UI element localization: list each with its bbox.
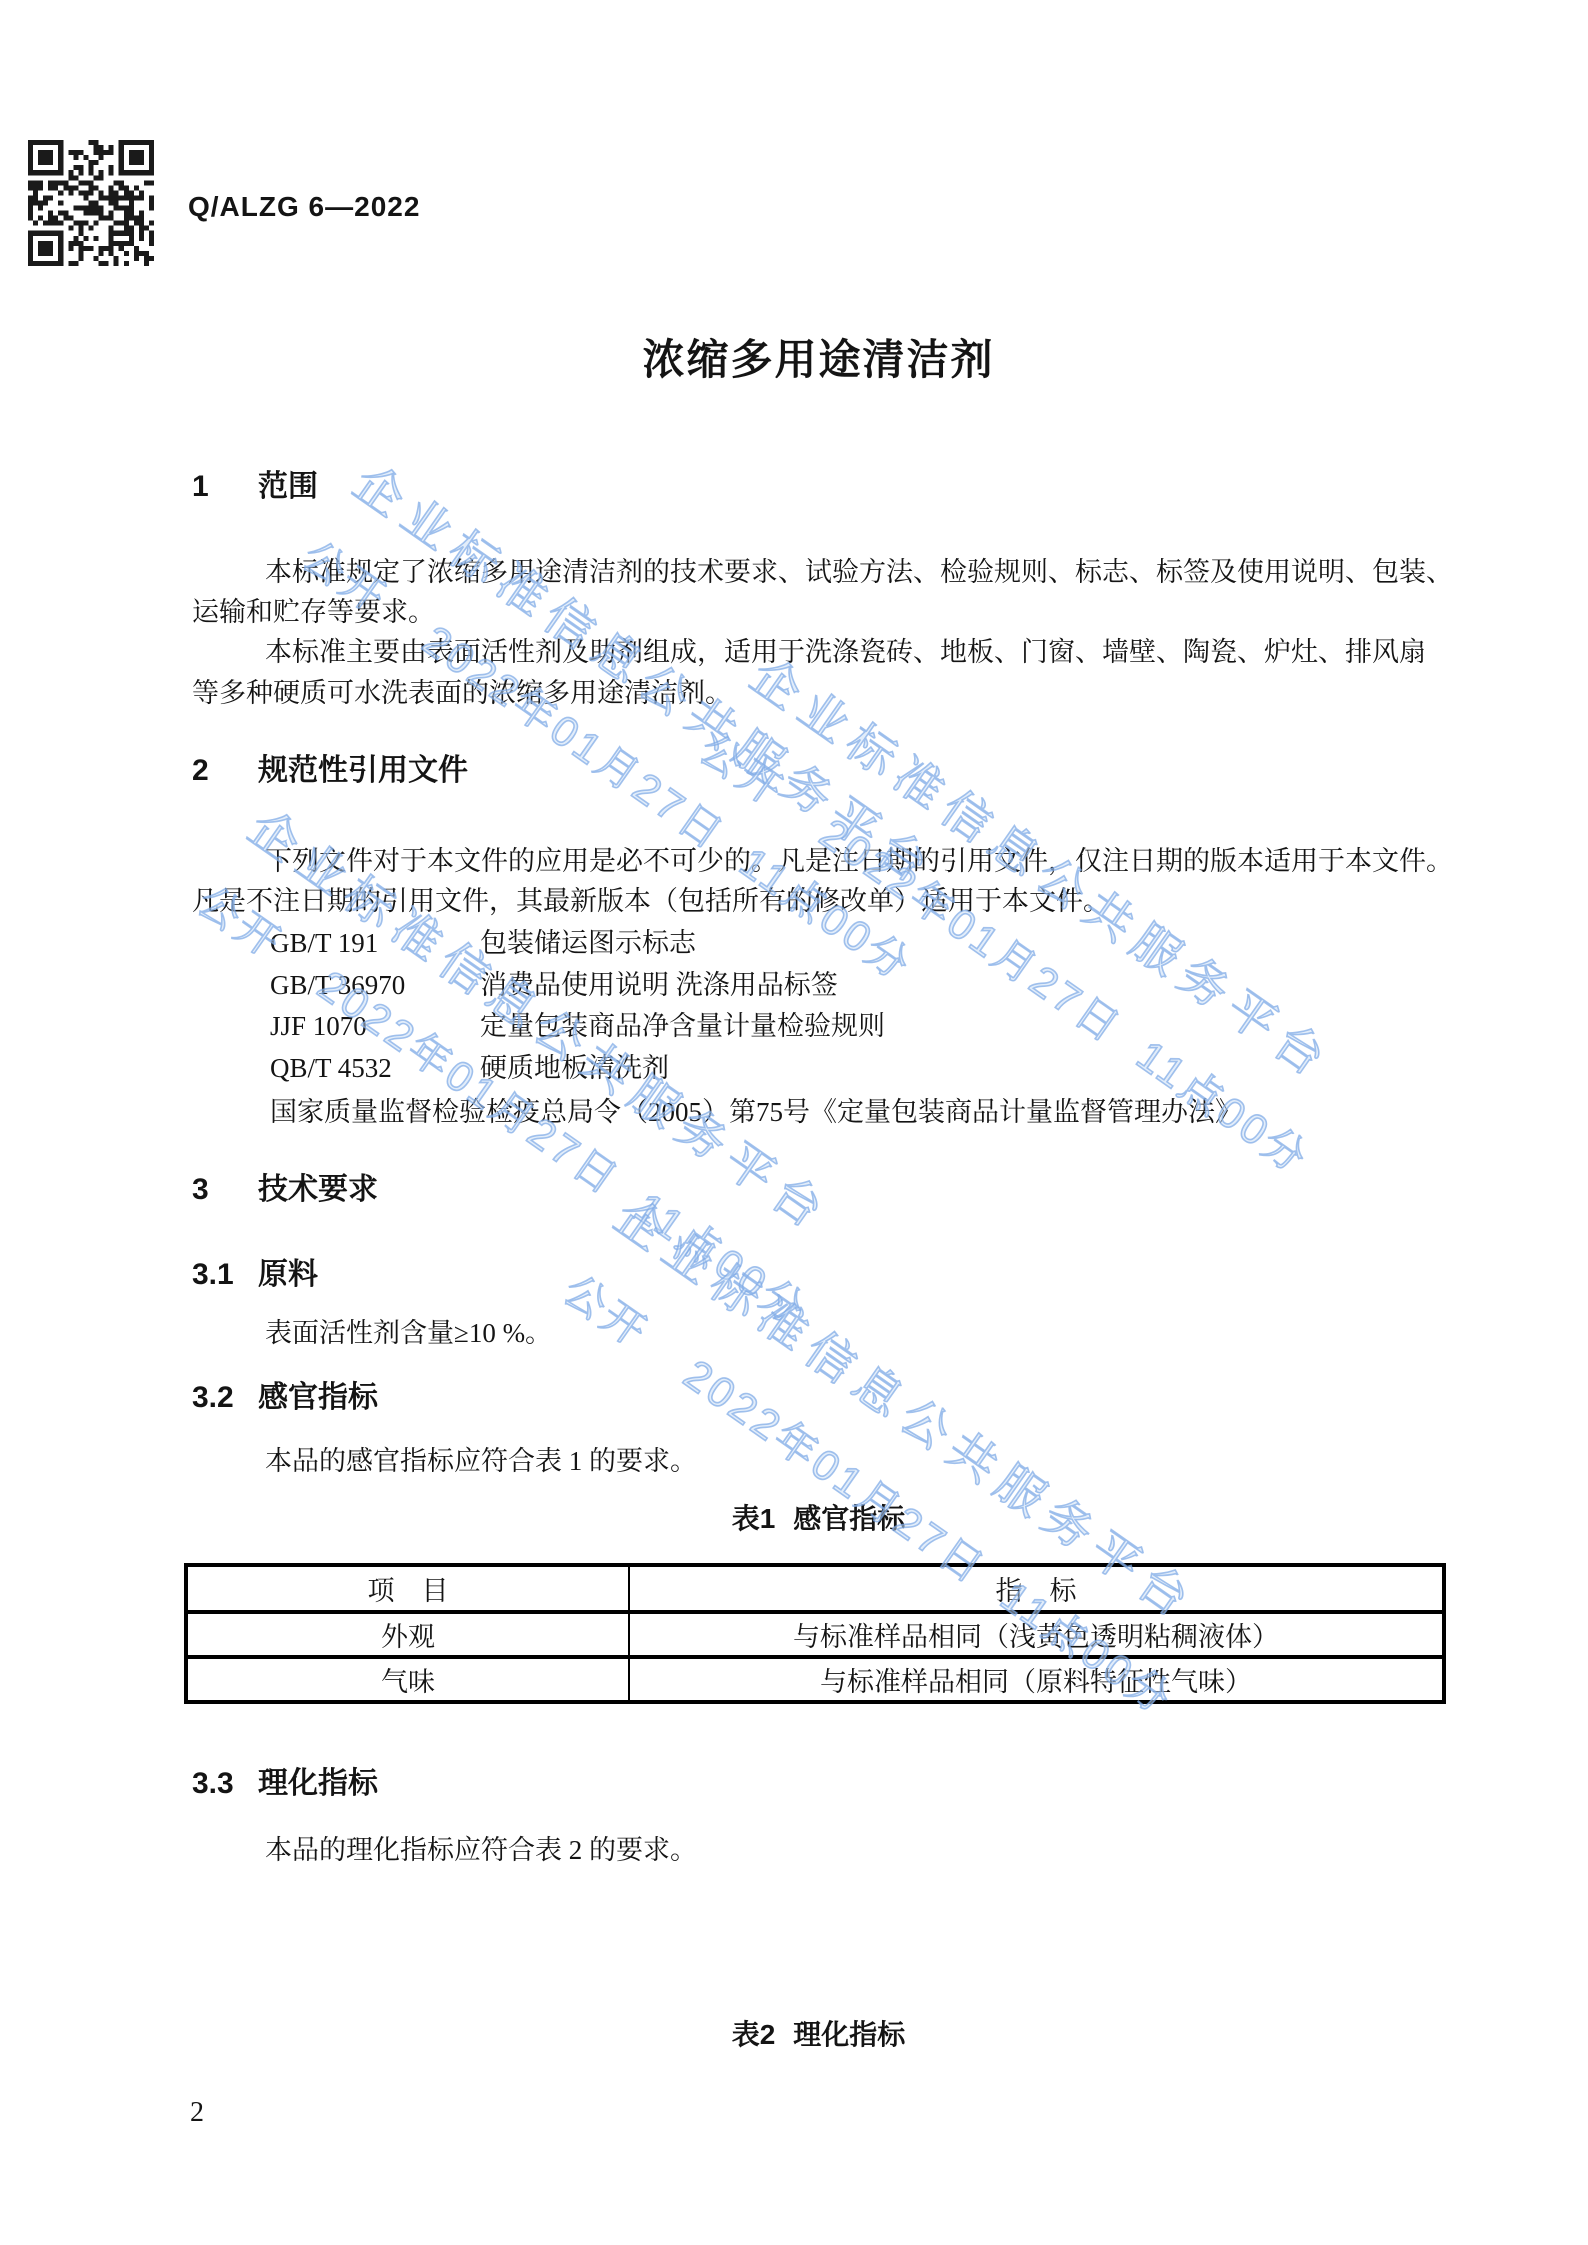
table-row: 外观 与标准样品相同（浅黄色透明粘稠液体） [186, 1612, 1444, 1657]
table2-caption-number: 表2 [732, 2019, 776, 2050]
section1-label: 范围 [258, 469, 318, 505]
reference-title: 定量包装商品净含量计量检验规则 [480, 1009, 885, 1043]
reference-item: GB/T 36970 消费品使用说明 洗涤用品标签 [270, 968, 838, 1002]
section2-paragraph-line2: 凡是不注日期的引用文件，其最新版本（包括所有的修改单）适用于本文件。 [192, 884, 1110, 918]
reference-title: 包装储运图示标志 [480, 926, 696, 960]
table-row: 气味 与标准样品相同（原料特征性气味） [186, 1657, 1444, 1702]
table-cell-value: 与标准样品相同（浅黄色透明粘稠液体） [629, 1612, 1444, 1657]
doc-code: Q/ALZG 6—2022 [188, 190, 420, 224]
watermark-time: 11点00分 [626, 1183, 816, 1336]
section1-paragraph2-line2: 等多种硬质可水洗表面的浓缩多用途清洁剂。 [192, 676, 732, 710]
section2-heading: 2 规范性引用文件 [192, 753, 468, 789]
section32-number: 3.2 [192, 1380, 258, 1416]
qr-code-icon [28, 140, 154, 266]
section3-label: 技术要求 [258, 1172, 378, 1208]
section2-label: 规范性引用文件 [258, 753, 468, 789]
reference-item: QB/T 4532 硬质地板清洗剂 [270, 1051, 669, 1085]
table2-caption-text: 理化指标 [793, 2019, 905, 2050]
doc-title: 浓缩多用途清洁剂 [192, 336, 1445, 384]
section31-body: 表面活性剂含量≥10 %。 [265, 1316, 552, 1350]
section2-number: 2 [192, 753, 258, 789]
section31-label: 原料 [258, 1257, 318, 1293]
table-header-item: 项 目 [186, 1565, 629, 1612]
reference-code: JJF 1070 [270, 1009, 480, 1043]
section1-paragraph1-line1: 本标准规定了浓缩多用途清洁剂的技术要求、试验方法、检验规则、标志、标签及使用说明… [265, 555, 1453, 589]
watermark-platform-text: 企业标准信息公共服务平台 [740, 648, 1372, 1114]
watermark-open-label: 公开 [691, 725, 794, 817]
reference-item-regulation: 国家质量监督检验检疫总局令（2005）第75号《定量包装商品计量监督管理办法》 [270, 1095, 1242, 1129]
section33-label: 理化指标 [258, 1766, 378, 1802]
table-cell-item: 气味 [186, 1657, 629, 1702]
watermark-open-label: 公开 [555, 1266, 658, 1358]
reference-item: JJF 1070 定量包装商品净含量计量检验规则 [270, 1009, 885, 1043]
reference-title: 消费品使用说明 洗涤用品标签 [480, 968, 838, 1002]
document-page: Q/ALZG 6—2022 浓缩多用途清洁剂 1 范围 本标准规定了浓缩多用途清… [0, 0, 1588, 2245]
table1-caption: 表1感官指标 [192, 1502, 1445, 1536]
page-number: 2 [190, 2096, 204, 2130]
section2-paragraph-line1: 下列文件对于本文件的应用是必不可少的。凡是注日期的引用文件，仅注日期的版本适用于… [265, 844, 1453, 878]
section1-heading: 1 范围 [192, 469, 318, 505]
reference-item: GB/T 191 包装储运图示标志 [270, 926, 696, 960]
section33-heading: 3.3 理化指标 [192, 1766, 378, 1802]
reference-code: GB/T 191 [270, 926, 480, 960]
section3-number: 3 [192, 1172, 258, 1208]
section3-heading: 3 技术要求 [192, 1172, 378, 1208]
watermark-date: 2022年01月27日 [675, 1350, 995, 1594]
table-cell-value: 与标准样品相同（原料特征性气味） [629, 1657, 1444, 1702]
section31-number: 3.1 [192, 1257, 258, 1293]
table-header-indicator: 指 标 [629, 1565, 1444, 1612]
section31-heading: 3.1 原料 [192, 1257, 318, 1293]
reference-title: 硬质地板清洗剂 [480, 1051, 669, 1085]
reference-code: QB/T 4532 [270, 1051, 480, 1085]
section32-body: 本品的感官指标应符合表 1 的要求。 [265, 1444, 697, 1478]
section32-label: 感官指标 [258, 1380, 378, 1416]
table1-caption-number: 表1 [732, 1503, 776, 1534]
section1-paragraph1-line2: 运输和贮存等要求。 [192, 595, 435, 629]
table-cell-item: 外观 [186, 1612, 629, 1657]
section33-body: 本品的理化指标应符合表 2 的要求。 [265, 1833, 697, 1867]
reference-code: GB/T 36970 [270, 968, 480, 1002]
table2-caption: 表2理化指标 [192, 2018, 1445, 2052]
sensory-index-table: 项 目 指 标 外观 与标准样品相同（浅黄色透明粘稠液体） 气味 与标准样品相同… [184, 1563, 1446, 1704]
section32-heading: 3.2 感官指标 [192, 1380, 378, 1416]
table1-caption-text: 感官指标 [793, 1503, 905, 1534]
section33-number: 3.3 [192, 1766, 258, 1802]
section1-number: 1 [192, 469, 258, 505]
section1-paragraph2-line1: 本标准主要由表面活性剂及助剂组成，适用于洗涤瓷砖、地板、门窗、墙壁、陶瓷、炉灶、… [265, 635, 1426, 669]
table-header-row: 项 目 指 标 [186, 1565, 1444, 1612]
